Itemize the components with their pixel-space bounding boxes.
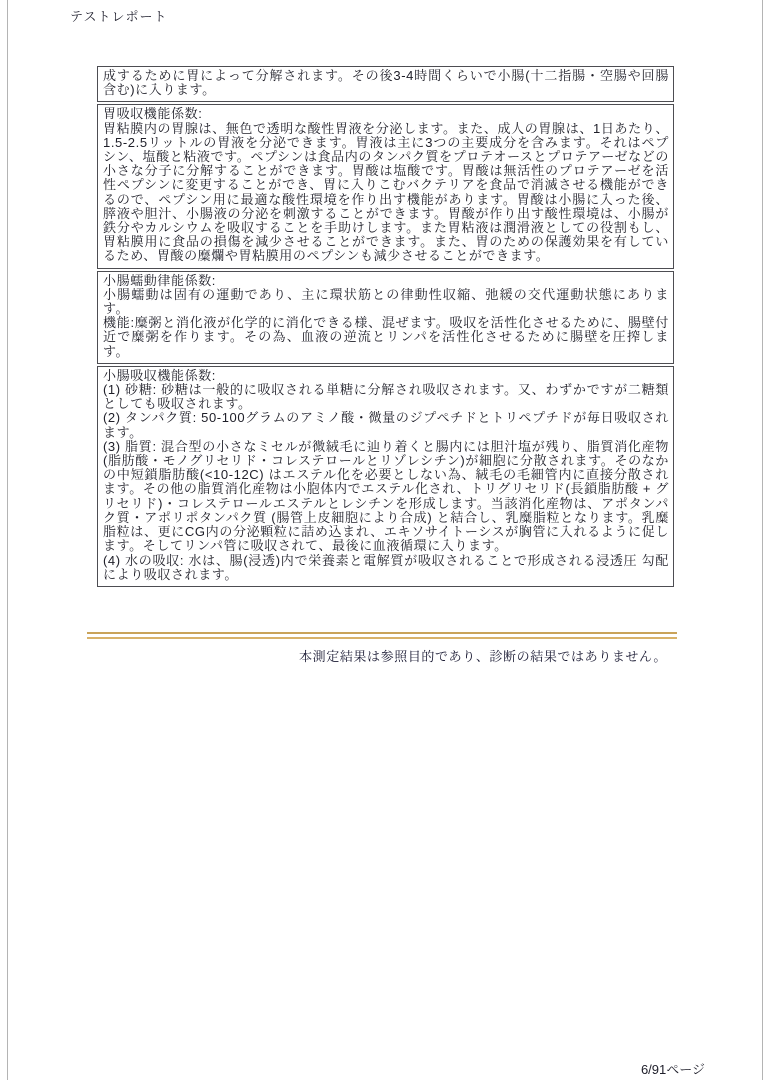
paragraph: (4) 水の吸収: 水は、腸(浸透)内で栄養素と電解質が吸収されることで形成され…: [103, 554, 669, 582]
box-heading: 小腸蠕動律能係数:: [103, 274, 669, 288]
info-box: 成するために胃によって分解されます。その後3-4時間くらいで小腸(十二指腸・空腸…: [97, 66, 674, 102]
info-box: 胃吸収機能係数: 胃粘膜内の胃腺は、無色で透明な酸性胃液を分泌します。また、成人…: [97, 104, 674, 268]
info-box: 小腸蠕動律能係数: 小腸蠕動は固有の運動であり、主に環状筋との律動性収縮、弛緩の…: [97, 271, 674, 364]
report-body: 成するために胃によって分解されます。その後3-4時間くらいで小腸(十二指腸・空腸…: [97, 66, 674, 589]
paragraph: 胃粘膜内の胃腺は、無色で透明な酸性胃液を分泌します。また、成人の胃腺は、1日あた…: [103, 122, 669, 264]
disclaimer-text: 本測定結果は参照目的であり、診断の結果ではありません。: [97, 646, 667, 665]
paragraph: (3) 脂質: 混合型の小さなミセルが微絨毛に辿り着くと腸内には胆汁塩が残り、脂…: [103, 440, 669, 554]
box-body: (1) 砂糖: 砂糖は一般的に吸収される単糖に分解され吸収されます。又、わずかで…: [103, 383, 669, 582]
box-body: 成するために胃によって分解されます。その後3-4時間くらいで小腸(十二指腸・空腸…: [103, 69, 669, 97]
page-frame-right-border: [762, 0, 763, 1080]
info-box: 小腸吸収機能係数: (1) 砂糖: 砂糖は一般的に吸収される単糖に分解され吸収さ…: [97, 366, 674, 587]
page-number: 6/91ページ: [0, 1059, 705, 1078]
paragraph: 機能:糜粥と消化液が化学的に消化できる様、混ぜます。吸収を活性化させるために、腸…: [103, 316, 669, 359]
page-frame-left-border: [7, 0, 8, 1080]
box-body: 胃粘膜内の胃腺は、無色で透明な酸性胃液を分泌します。また、成人の胃腺は、1日あた…: [103, 122, 669, 264]
paragraph: (1) 砂糖: 砂糖は一般的に吸収される単糖に分解され吸収されます。又、わずかで…: [103, 383, 669, 411]
page-title: テストレポート: [70, 6, 167, 25]
box-heading: 小腸吸収機能係数:: [103, 369, 669, 383]
report-page: テストレポート 成するために胃によって分解されます。その後3-4時間くらいで小腸…: [0, 0, 769, 1080]
box-body: 小腸蠕動は固有の運動であり、主に環状筋との律動性収縮、弛緩の交代運動状態にありま…: [103, 288, 669, 359]
box-heading: 胃吸収機能係数:: [103, 107, 669, 121]
paragraph: 成するために胃によって分解されます。その後3-4時間くらいで小腸(十二指腸・空腸…: [103, 69, 669, 97]
paragraph: (2) タンパク質: 50-100グラムのアミノ酸・微量のジプペチドとトリペプチ…: [103, 411, 669, 439]
accent-divider: [87, 632, 677, 639]
paragraph: 小腸蠕動は固有の運動であり、主に環状筋との律動性収縮、弛緩の交代運動状態にありま…: [103, 288, 669, 316]
